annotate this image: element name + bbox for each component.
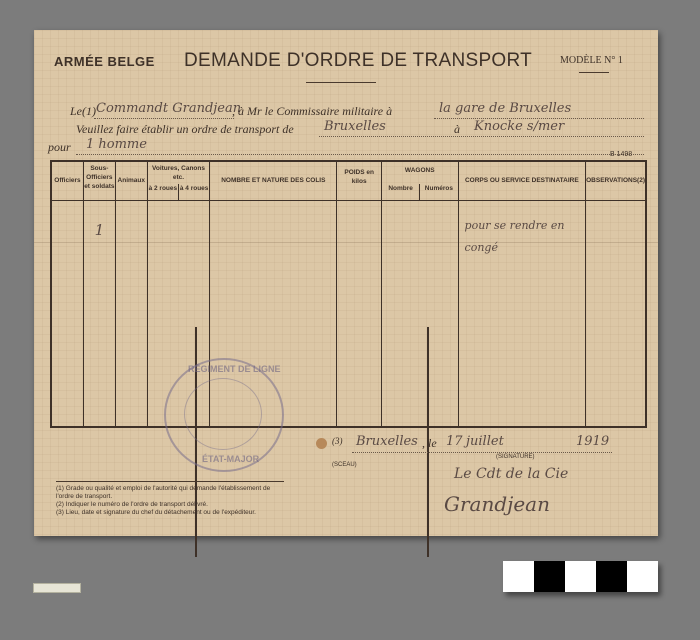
title-underline [306, 82, 376, 83]
place-field: Bruxelles [356, 434, 418, 449]
col-soldiers: Sous-Officiers et soldats 1 [83, 161, 115, 427]
col-subheaders: Nombre Numéros [382, 184, 458, 200]
transport-table: Officiers Sous-Officiers et soldats 1 An… [50, 160, 647, 428]
form-reference: B 1498 [610, 151, 632, 158]
line2-prefix: Veuillez faire établir un ordre de trans… [76, 122, 294, 137]
col-header: POIDS en kilos [337, 162, 381, 201]
col-subheader: Nombre [382, 184, 419, 200]
col-subheader: à 4 roues [178, 184, 209, 200]
scale-segment [627, 561, 658, 592]
col-header-label: WAGONS [382, 162, 458, 184]
col-officers: Officiers [51, 161, 83, 427]
stamp-text-bottom: ÉTAT-MAJOR [202, 454, 259, 464]
col-header: Voitures, Canons etc. à 2 roues à 4 roue… [148, 162, 210, 201]
station-field: la gare de Bruxelles [439, 101, 571, 116]
army-label: ARMÉE BELGE [54, 54, 155, 69]
destination-service-entry: pour se rendre en congé [459, 201, 586, 259]
scale-segment [534, 561, 565, 592]
col-subheaders: à 2 roues à 4 roues [148, 184, 210, 200]
origin-field: Bruxelles [324, 119, 386, 134]
col-header: NOMBRE ET NATURE DES COLIS [210, 162, 336, 201]
model-number: MODÈLE N° 1 [560, 55, 623, 66]
seal-label: (SCEAU) [332, 462, 357, 468]
color-scale-bar [503, 561, 658, 592]
col-header-label: Voitures, Canons etc. [148, 162, 210, 184]
scale-segment [596, 561, 627, 592]
footnote: (1) Grade ou qualité et emploi de l'auto… [56, 485, 284, 501]
col-header: Sous-Officiers et soldats [84, 162, 115, 201]
destination-field: Knocke s/mer [474, 119, 564, 134]
col-subheader: Numéros [419, 184, 457, 200]
line2-middle: à [454, 122, 460, 137]
signature: Grandjean [444, 492, 550, 516]
signature-title: Le Cdt de la Cie [454, 466, 568, 482]
signature-label: (SIGNATURE) [496, 454, 535, 460]
col-weight: POIDS en kilos [337, 161, 382, 427]
footnotes: (1) Grade ou qualité et emploi de l'auto… [56, 481, 284, 517]
archive-label [33, 583, 81, 593]
scale-segment [565, 561, 596, 592]
stamp-emblem [184, 378, 262, 450]
line1-prefix: Le(1) [70, 104, 96, 119]
transport-request-document: ARMÉE BELGE DEMANDE D'ORDRE DE TRANSPORT… [34, 30, 658, 536]
line3-prefix: pour [48, 140, 71, 155]
scale-segment [503, 561, 534, 592]
col-header: Animaux [116, 162, 147, 201]
purpose-field: 1 homme [86, 137, 147, 152]
col-header: OBSERVATIONS(2) [586, 162, 645, 201]
document-title: DEMANDE D'ORDRE DE TRANSPORT [184, 50, 532, 72]
model-underline [579, 72, 609, 73]
wax-seal-mark [316, 438, 327, 449]
date-field-line [352, 452, 612, 453]
year-field: 1919 [576, 434, 609, 449]
purpose-field-line [76, 154, 644, 155]
day-field: 17 [446, 434, 463, 449]
col-wagons: WAGONS Nombre Numéros [381, 161, 458, 427]
route-field-line [319, 136, 644, 137]
line1-middle: , à Mr le Commissaire militaire à [232, 104, 392, 119]
place-footnote-ref: (3) [332, 436, 343, 446]
footnote: (2) Indiquer le numéro de l'ordre de tra… [56, 501, 284, 509]
stamp-text-top: RÉGIMENT DE LIGNE [188, 364, 281, 374]
col-header: CORPS OU SERVICE DESTINATAIRE [459, 162, 586, 201]
col-header: Officiers [52, 162, 83, 201]
soldiers-count: 1 [84, 221, 115, 239]
col-header: WAGONS Nombre Numéros [382, 162, 458, 201]
footnote: (3) Lieu, date et signature du chef du d… [56, 509, 284, 517]
date-prefix: , le [422, 436, 437, 451]
col-animals: Animaux [115, 161, 147, 427]
col-observations: OBSERVATIONS(2) [586, 161, 646, 427]
sender-field: Commandt Grandjean [96, 101, 241, 116]
sender-field-line [94, 118, 234, 119]
col-destination-service: CORPS OU SERVICE DESTINATAIRE pour se re… [458, 161, 586, 427]
month-field: juillet [466, 434, 504, 449]
col-subheader: à 2 roues [148, 184, 178, 200]
regiment-stamp: RÉGIMENT DE LIGNE ÉTAT-MAJOR [164, 358, 284, 472]
